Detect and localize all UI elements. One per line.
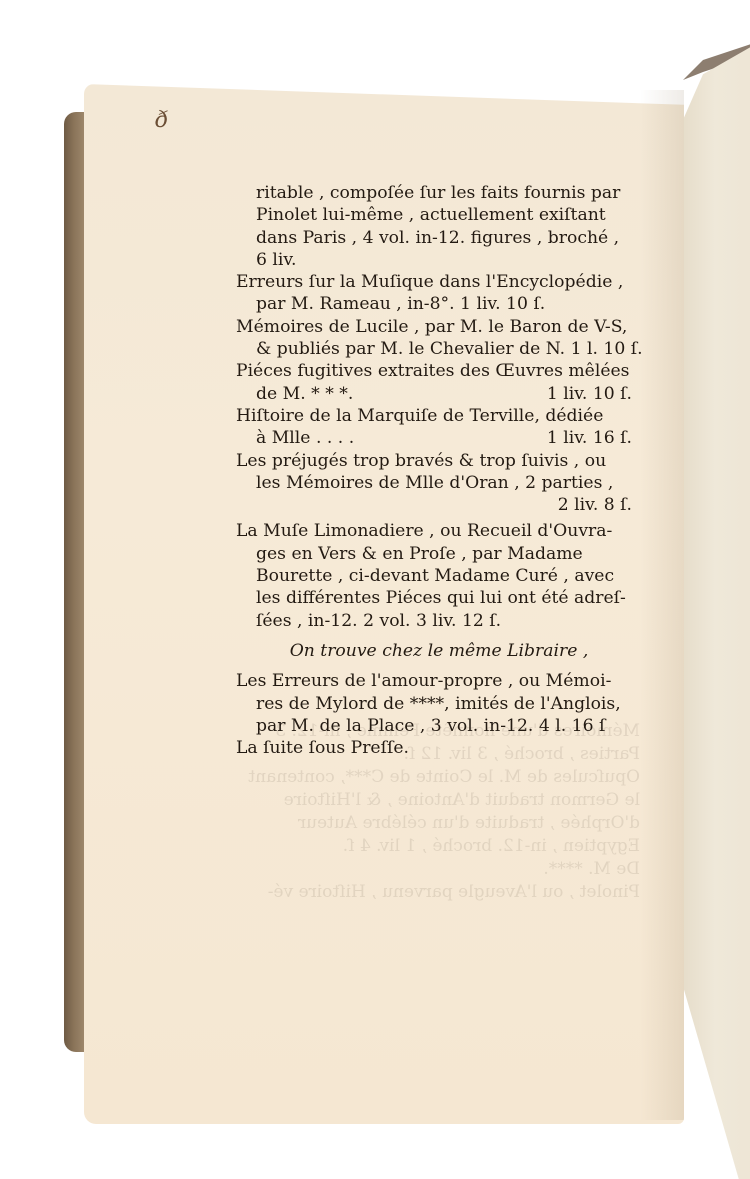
catalogue-entry-marquise-terville: Hiſtoire de la Marquiſe de Terville, déd… <box>236 405 632 450</box>
catalogue-entry-suite-sous-presse: La ſuite ſous Preſſe. <box>236 737 632 759</box>
entry-line: Mémoires de Lucile , par M. le Baron de … <box>236 316 632 338</box>
bleed-line: Opuſcules de M. le Cointe de C***, conte… <box>230 766 640 789</box>
bleed-line: Egyptien , in-12. broché , 1 liv. 4 ſ. <box>230 835 640 858</box>
entry-line: par M. de la Place , 3 vol. in-12. 4 l. … <box>236 715 632 737</box>
catalogue-entry-pieces-fugitives: Piéces fugitives extraites des Œuvres mê… <box>236 360 632 405</box>
entry-line-with-price: à Mlle . . . . 1 liv. 16 ſ. <box>236 427 632 449</box>
bleed-line: d'Orphée , traduite d'un célébre Auteur <box>230 812 640 835</box>
bleed-line: Pinolet , ou l'Aveugle parvenu , Hiſtoir… <box>230 881 640 904</box>
entry-line: les Mémoires de Mlle d'Oran , 2 parties … <box>236 472 632 494</box>
entry-line: Pinolet lui-même , actuellement exiſtant <box>236 204 632 226</box>
entry-line: à Mlle . . . . <box>256 427 354 449</box>
entry-line: dans Paris , 4 vol. in-12. figures , bro… <box>236 227 632 249</box>
catalogue-entry-erreurs-musique: Erreurs ſur la Muſique dans l'Encyclopéd… <box>236 271 632 316</box>
entry-line: de M. * * *. <box>256 383 353 405</box>
bleed-line: De M. ****. <box>230 858 640 881</box>
catalogue-entry-erreurs-amour-propre: Les Erreurs de l'amour-propre , ou Mémoi… <box>236 670 632 737</box>
book-spine-edge <box>64 112 86 1052</box>
entry-line: La ſuite ſous Preſſe. <box>236 737 632 759</box>
bleed-line: le Germon traduit d'Antoine , & l'Hiſtoi… <box>230 789 640 812</box>
entry-line: ges en Vers & en Proſe , par Madame <box>236 543 632 565</box>
gutter-shadow <box>640 90 684 1120</box>
entry-line: Bourette , ci-devant Madame Curé , avec <box>236 565 632 587</box>
entry-line: res de Mylord de ****, imités de l'Anglo… <box>236 693 632 715</box>
entry-line: 6 liv. <box>236 249 632 271</box>
entry-price: 1 liv. 16 ſ. <box>547 427 632 449</box>
entry-line: Erreurs ſur la Muſique dans l'Encyclopéd… <box>236 271 632 293</box>
entry-line: Les préjugés trop bravés & trop ſuivis ,… <box>236 450 632 472</box>
entry-line: par M. Rameau , in-8°. 1 liv. 10 ſ. <box>236 293 632 315</box>
entry-line: Hiſtoire de la Marquiſe de Terville, déd… <box>236 405 632 427</box>
page-corner-mark: ð <box>155 108 168 133</box>
catalogue-entry-pinolet: ritable , compoſée ſur les faits fournis… <box>236 182 632 271</box>
entry-line-with-price: de M. * * *. 1 liv. 10 ſ. <box>236 383 632 405</box>
section-heading: On trouve chez le même Libraire , <box>236 640 632 662</box>
entry-line: Les Erreurs de l'amour-propre , ou Mémoi… <box>236 670 632 692</box>
catalogue-text: ritable , compoſée ſur les faits fournis… <box>236 182 632 759</box>
entry-price: 2 liv. 8 ſ. <box>236 494 632 516</box>
catalogue-entry-muse-limonadiere: La Muſe Limonadiere , ou Recueil d'Ouvra… <box>236 520 632 631</box>
entry-line: La Muſe Limonadiere , ou Recueil d'Ouvra… <box>236 520 632 542</box>
entry-line: Piéces fugitives extraites des Œuvres mê… <box>236 360 632 382</box>
right-page <box>683 40 750 1179</box>
entry-line: ſées , in-12. 2 vol. 3 liv. 12 ſ. <box>236 610 632 632</box>
catalogue-entry-prejuges: Les préjugés trop bravés & trop ſuivis ,… <box>236 450 632 517</box>
catalogue-entry-memoires-lucile: Mémoires de Lucile , par M. le Baron de … <box>236 316 632 361</box>
entry-line: les différentes Piéces qui lui ont été a… <box>236 587 632 609</box>
entry-price: 1 liv. 10 ſ. <box>547 383 632 405</box>
entry-line: ritable , compoſée ſur les faits fournis… <box>236 182 632 204</box>
entry-line: & publiés par M. le Chevalier de N. 1 l.… <box>236 338 632 360</box>
